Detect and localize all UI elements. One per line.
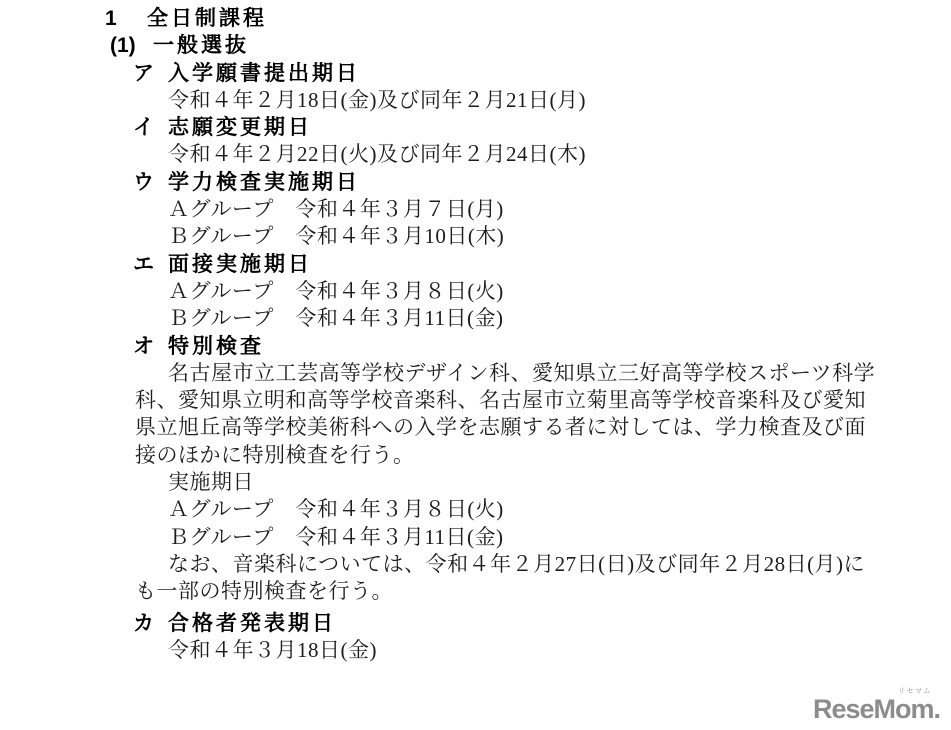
group-a-date-line: Ａグループ 令和４年３月８日(火) [168, 496, 951, 523]
section-title: 全日制課程 [147, 7, 267, 30]
group-b-date-line: Ｂグループ 令和４年３月11日(金) [168, 305, 951, 332]
section-number: 1 [105, 5, 147, 32]
item-heading-line: イ志願変更期日 [133, 114, 951, 141]
item-heading-line: ウ学力検査実施期日 [133, 169, 951, 196]
item-i: イ志願変更期日 令和４年２月22日(火)及び同年２月24日(木) [0, 114, 951, 169]
paragraph-line: 接のほかに特別検査を行う。 [135, 442, 951, 469]
item-heading: 面接実施期日 [168, 253, 312, 276]
item-marker: ウ [133, 169, 168, 196]
paragraph-line: 科、愛知県立明和高等学校音楽科、名古屋市立菊里高等学校音楽科及び愛知 [135, 387, 951, 414]
item-heading: 合格者発表期日 [168, 612, 336, 635]
subsection-number: (1) [110, 32, 153, 59]
item-heading: 志願変更期日 [168, 116, 312, 139]
item-heading-line: カ合格者発表期日 [133, 610, 951, 637]
date-line: 令和４年２月18日(金)及び同年２月21日(月) [168, 87, 951, 114]
resemom-logo-text: ReseMom. [813, 696, 940, 723]
item-marker: オ [133, 333, 168, 360]
paragraph-line: 県立旭丘高等学校美術科への入学を志願する者に対しては、学力検査及び面 [135, 414, 951, 441]
item-marker: カ [133, 610, 168, 637]
document-body: 1全日制課程 (1)一般選抜 ア入学願書提出期日 令和４年２月18日(金)及び同… [0, 5, 951, 664]
section-heading: 1全日制課程 [105, 5, 951, 32]
group-b-date-line: Ｂグループ 令和４年３月10日(木) [168, 223, 951, 250]
item-a: ア入学願書提出期日 令和４年２月18日(金)及び同年２月21日(月) [0, 60, 951, 115]
date-line: 令和４年３月18日(金) [168, 637, 951, 664]
item-heading-line: ア入学願書提出期日 [133, 60, 951, 87]
paragraph-line: なお、音楽科については、令和４年２月27日(日)及び同年２月28日(月)に [168, 551, 951, 578]
item-o: オ特別検査 名古屋市立工芸高等学校デザイン科、愛知県立三好高等学校スポーツ科学 … [0, 333, 951, 606]
subsection-title: 一般選抜 [153, 34, 249, 57]
item-heading-line: エ面接実施期日 [133, 251, 951, 278]
resemom-logo: リセマム ReseMom. [813, 688, 940, 723]
group-b-date-line: Ｂグループ 令和４年３月11日(金) [168, 524, 951, 551]
item-ka: カ合格者発表期日 令和４年３月18日(金) [0, 610, 951, 665]
sub-heading-line: 実施期日 [168, 469, 951, 496]
subsection-heading: (1)一般選抜 [110, 32, 951, 59]
item-heading: 特別検査 [168, 335, 264, 358]
date-line: 令和４年２月22日(火)及び同年２月24日(木) [168, 141, 951, 168]
item-heading: 入学願書提出期日 [168, 62, 360, 85]
paragraph-line: 名古屋市立工芸高等学校デザイン科、愛知県立三好高等学校スポーツ科学 [168, 360, 951, 387]
paragraph-line: も一部の特別検査を行う。 [135, 578, 951, 605]
item-marker: ア [133, 60, 168, 87]
item-e: エ面接実施期日 Ａグループ 令和４年３月８日(火) Ｂグループ 令和４年３月11… [0, 251, 951, 333]
item-marker: エ [133, 251, 168, 278]
group-a-date-line: Ａグループ 令和４年３月８日(火) [168, 278, 951, 305]
group-a-date-line: Ａグループ 令和４年３月７日(月) [168, 196, 951, 223]
document-page: 1全日制課程 (1)一般選抜 ア入学願書提出期日 令和４年２月18日(金)及び同… [0, 0, 951, 730]
item-heading-line: オ特別検査 [133, 333, 951, 360]
item-u: ウ学力検査実施期日 Ａグループ 令和４年３月７日(月) Ｂグループ 令和４年３月… [0, 169, 951, 251]
item-marker: イ [133, 114, 168, 141]
item-heading: 学力検査実施期日 [168, 171, 360, 194]
